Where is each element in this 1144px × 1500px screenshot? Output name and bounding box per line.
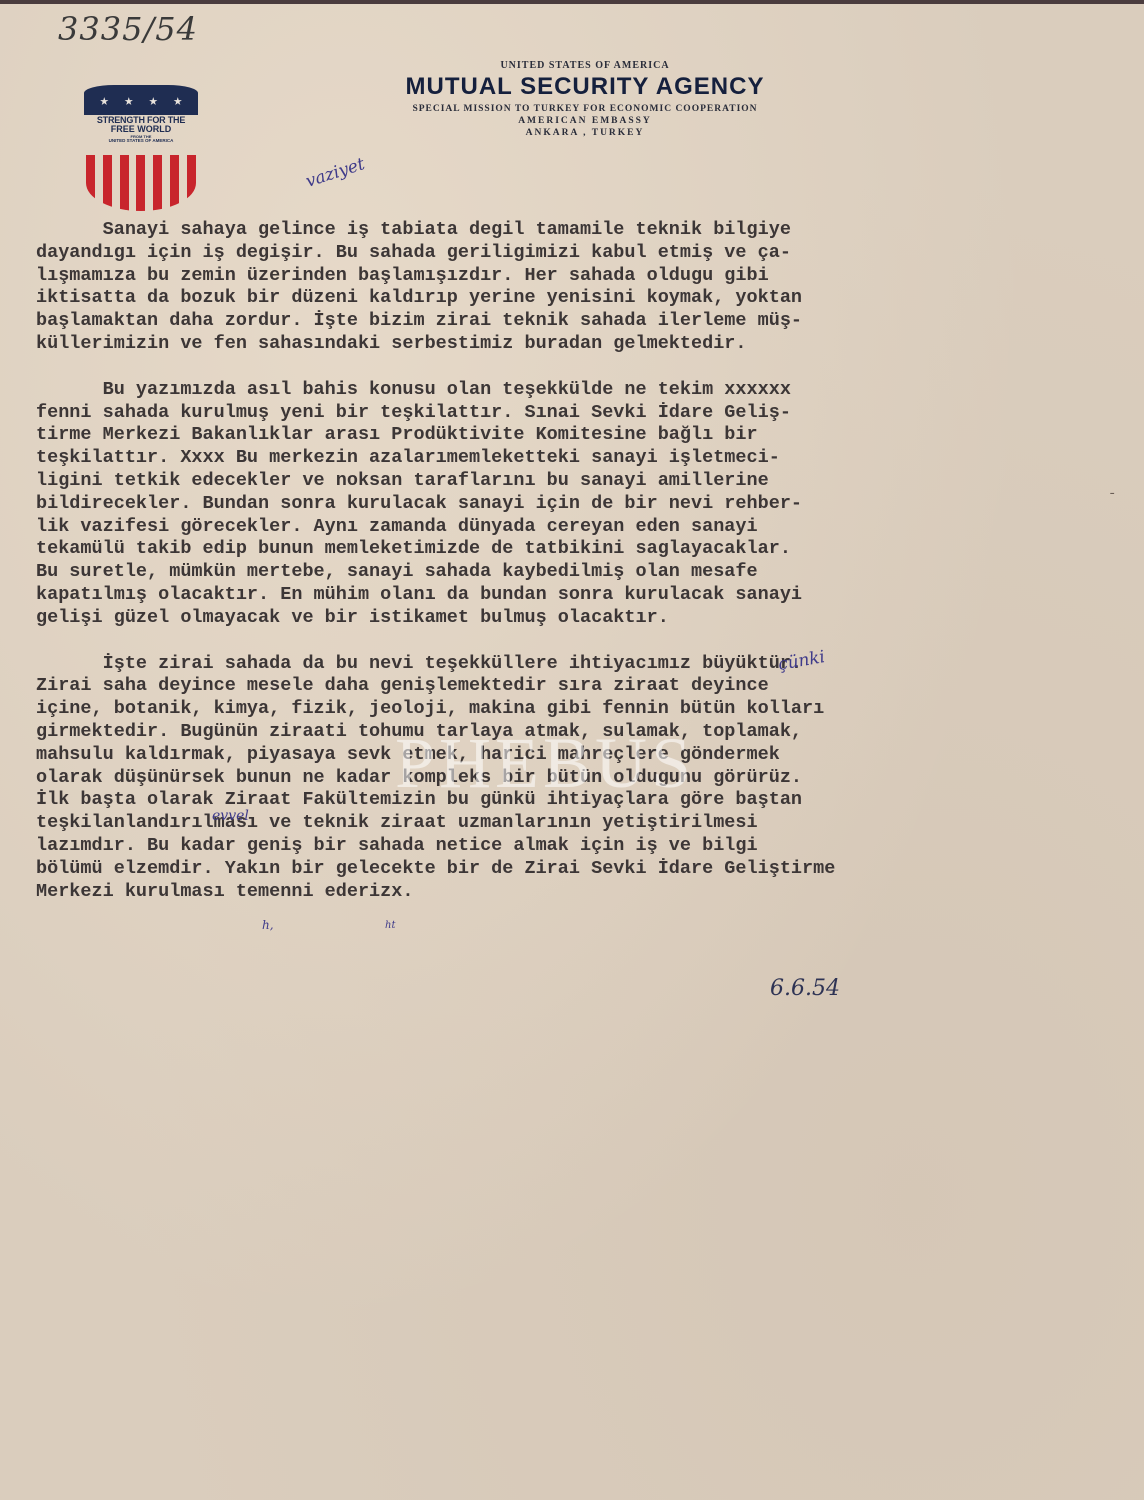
letterhead-embassy: AMERICAN EMBASSY <box>370 116 800 126</box>
text-line: Zirai saha deyince mesele daha genişleme… <box>36 675 1056 698</box>
text-line: içine, botanik, kimya, fizik, jeoloji, m… <box>36 698 1056 721</box>
watermark: PHEBUS <box>395 722 695 805</box>
paragraph-1: Sanayi sahaya gelince iş tabiata degil t… <box>36 219 1056 356</box>
text-line: tekamülü takib edip bunun memleketimizde… <box>36 538 1056 561</box>
star-icon: ★ <box>124 91 133 110</box>
text-line: lışmamıza bu zemin üzerinden başlamışızd… <box>36 265 1056 288</box>
text-line: lazımdır. Bu kadar geniş bir sahada neti… <box>36 835 1056 858</box>
handwritten-mark: h, <box>262 918 274 932</box>
text-line: küllerimizin ve fen sahasındaki serbesti… <box>36 333 1056 356</box>
text-line: tirme Merkezi Bakanlıklar arası Prodükti… <box>36 424 1056 447</box>
slogan-line: FREE WORLD <box>84 125 198 134</box>
text-line: başlamaktan daha zordur. İşte bizim zira… <box>36 310 1056 333</box>
text-line: dayandıgı için iş degişir. Bu sahada ger… <box>36 242 1056 265</box>
handwritten-date: 6.6.54 <box>770 976 840 1001</box>
reference-number: 3335/54 <box>58 10 198 48</box>
handwritten-annotation-evvel: evvel <box>212 808 249 824</box>
star-icon: ★ <box>173 91 182 110</box>
star-icon: ★ <box>149 91 158 110</box>
text-line: İşte zirai sahada da bu nevi teşekküller… <box>36 653 1056 676</box>
page-top-edge <box>0 0 1144 4</box>
text-line: lik vazifesi görecekler. Aynı zamanda dü… <box>36 516 1056 539</box>
handwritten-mark: ht <box>385 920 395 931</box>
text-line: teşkilanlandırılması ve teknik ziraat uz… <box>36 812 1056 835</box>
msa-shield-logo: ★ ★ ★ ★ STRENGTH FOR THE FREE WORLD FROM… <box>84 80 198 212</box>
text-line: bildirecekler. Bundan sonra kurulacak sa… <box>36 493 1056 516</box>
text-line: teşkilattır. Xxxx Bu merkezin azalarımem… <box>36 447 1056 470</box>
text-line: kapatılmış olacaktır. En mühim olanı da … <box>36 584 1056 607</box>
text-line: Bu yazımızda asıl bahis konusu olan teşe… <box>36 379 1056 402</box>
text-line: ligini tetkik edecekler ve noksan tarafl… <box>36 470 1056 493</box>
letterhead-country: UNITED STATES OF AMERICA <box>370 60 800 71</box>
letterhead-city: ANKARA , TURKEY <box>370 128 800 138</box>
letterhead: UNITED STATES OF AMERICA MUTUAL SECURITY… <box>370 60 800 138</box>
margin-mark: - <box>1108 486 1116 502</box>
text-line: fenni sahada kurulmuş yeni bir teşkilatt… <box>36 402 1056 425</box>
text-line: iktisatta da bozuk bir düzeni kaldırıp y… <box>36 287 1056 310</box>
typed-body: Sanayi sahaya gelince iş tabiata degil t… <box>36 219 1056 926</box>
letterhead-agency: MUTUAL SECURITY AGENCY <box>370 73 800 101</box>
text-line: Sanayi sahaya gelince iş tabiata degil t… <box>36 219 1056 242</box>
slogan-line: UNITED STATES OF AMERICA <box>84 139 198 144</box>
text-line: Bu suretle, mümkün mertebe, sanayi sahad… <box>36 561 1056 584</box>
star-icon: ★ <box>100 91 109 110</box>
paragraph-2: Bu yazımızda asıl bahis konusu olan teşe… <box>36 379 1056 630</box>
text-line: bölümü elzemdir. Yakın bir gelecekte bir… <box>36 858 1056 881</box>
logo-slogan: STRENGTH FOR THE FREE WORLD FROM THE UNI… <box>84 116 198 144</box>
letterhead-mission: SPECIAL MISSION TO TURKEY FOR ECONOMIC C… <box>370 104 800 114</box>
text-line: Merkezi kurulması temenni ederizx. <box>36 881 1056 904</box>
document-page: 3335/54 ★ ★ ★ ★ STRENGTH FOR THE FREE WO… <box>0 0 1144 1500</box>
text-line: gelişi güzel olmayacak ve bir istikamet … <box>36 607 1056 630</box>
logo-stars-band: ★ ★ ★ ★ <box>84 85 198 115</box>
handwritten-annotation-vaziyet: vaziyet <box>303 154 367 192</box>
logo-stripes <box>86 155 196 211</box>
